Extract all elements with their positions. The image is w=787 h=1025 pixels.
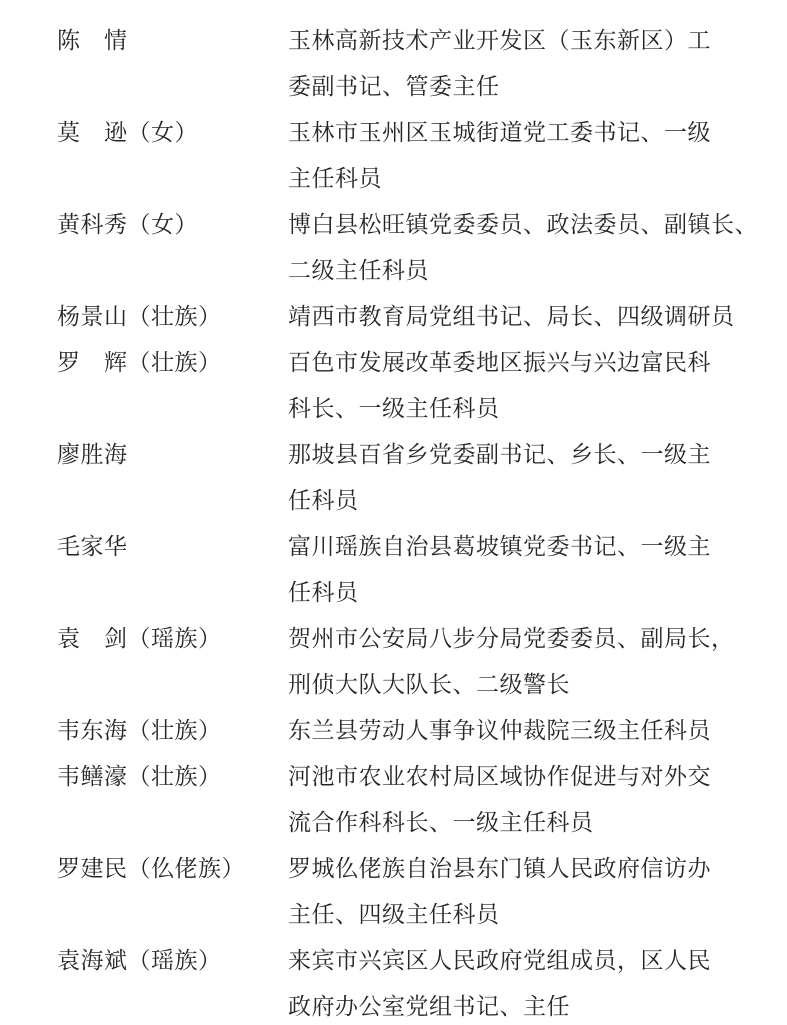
person-position: 河池市农业农村局区域协作促进与对外交流合作科科长、一级主任科员 [288,754,787,846]
list-item: 韦东海（壮族）东兰县劳动人事争议仲裁院三级主任科员 [57,708,787,754]
person-position: 贺州市公安局八步分局党委委员、副局长，刑侦大队大队长、二级警长 [288,616,787,708]
person-position: 百色市发展改革委地区振兴与兴边富民科科长、一级主任科员 [288,340,787,432]
person-position: 来宾市兴宾区人民政府党组成员，区人民政府办公室党组书记、主任 [288,938,787,1025]
position-text-line: 流合作科科长、一级主任科员 [288,800,787,846]
person-name: 罗建民（仫佬族） [57,846,288,892]
person-name: 袁 剑（瑶族） [57,616,288,662]
person-position: 罗城仫佬族自治县东门镇人民政府信访办主任、四级主任科员 [288,846,787,938]
list-item: 黄科秀（女）博白县松旺镇党委委员、政法委员、副镇长、二级主任科员 [57,202,787,294]
list-item: 罗 辉（壮族）百色市发展改革委地区振兴与兴边富民科科长、一级主任科员 [57,340,787,432]
position-text-line: 刑侦大队大队长、二级警长 [288,662,787,708]
person-position: 东兰县劳动人事争议仲裁院三级主任科员 [288,708,787,754]
position-text-line: 委副书记、管委主任 [288,64,787,110]
position-text-line: 贺州市公安局八步分局党委委员、副局长， [288,616,787,662]
list-item: 毛家华富川瑶族自治县葛坡镇党委书记、一级主任科员 [57,524,787,616]
position-text-line: 河池市农业农村局区域协作促进与对外交 [288,754,787,800]
position-text-line: 罗城仫佬族自治县东门镇人民政府信访办 [288,846,787,892]
position-text-line: 博白县松旺镇党委委员、政法委员、副镇长、 [288,202,787,248]
person-name: 罗 辉（壮族） [57,340,288,386]
person-name: 韦鳝濠（壮族） [57,754,288,800]
position-text-line: 富川瑶族自治县葛坡镇党委书记、一级主 [288,524,787,570]
appointment-list: 陈 情玉林高新技术产业开发区（玉东新区）工委副书记、管委主任莫 逊（女）玉林市玉… [57,18,787,1025]
person-name: 廖胜海 [57,432,288,478]
person-name: 黄科秀（女） [57,202,288,248]
position-text-line: 玉林市玉州区玉城街道党工委书记、一级 [288,110,787,156]
person-name: 韦东海（壮族） [57,708,288,754]
position-text-line: 东兰县劳动人事争议仲裁院三级主任科员 [288,708,787,754]
person-name: 毛家华 [57,524,288,570]
list-item: 袁 剑（瑶族）贺州市公安局八步分局党委委员、副局长，刑侦大队大队长、二级警长 [57,616,787,708]
list-item: 袁海斌（瑶族）来宾市兴宾区人民政府党组成员，区人民政府办公室党组书记、主任 [57,938,787,1025]
person-name: 莫 逊（女） [57,110,288,156]
person-name: 陈 情 [57,18,288,64]
position-text-line: 来宾市兴宾区人民政府党组成员，区人民 [288,938,787,984]
position-text-line: 科长、一级主任科员 [288,386,787,432]
person-position: 那坡县百省乡党委副书记、乡长、一级主任科员 [288,432,787,524]
position-text-line: 任科员 [288,478,787,524]
list-item: 莫 逊（女）玉林市玉州区玉城街道党工委书记、一级主任科员 [57,110,787,202]
person-position: 博白县松旺镇党委委员、政法委员、副镇长、二级主任科员 [288,202,787,294]
position-text-line: 政府办公室党组书记、主任 [288,984,787,1025]
position-text-line: 靖西市教育局党组书记、局长、四级调研员 [288,294,787,340]
person-name: 袁海斌（瑶族） [57,938,288,984]
document-page: 陈 情玉林高新技术产业开发区（玉东新区）工委副书记、管委主任莫 逊（女）玉林市玉… [0,0,787,1025]
list-item: 韦鳝濠（壮族）河池市农业农村局区域协作促进与对外交流合作科科长、一级主任科员 [57,754,787,846]
position-text-line: 主任、四级主任科员 [288,892,787,938]
list-item: 廖胜海那坡县百省乡党委副书记、乡长、一级主任科员 [57,432,787,524]
position-text-line: 那坡县百省乡党委副书记、乡长、一级主 [288,432,787,478]
person-position: 玉林高新技术产业开发区（玉东新区）工委副书记、管委主任 [288,18,787,110]
position-text-line: 主任科员 [288,156,787,202]
position-text-line: 玉林高新技术产业开发区（玉东新区）工 [288,18,787,64]
list-item: 杨景山（壮族）靖西市教育局党组书记、局长、四级调研员 [57,294,787,340]
list-item: 陈 情玉林高新技术产业开发区（玉东新区）工委副书记、管委主任 [57,18,787,110]
person-position: 玉林市玉州区玉城街道党工委书记、一级主任科员 [288,110,787,202]
person-position: 靖西市教育局党组书记、局长、四级调研员 [288,294,787,340]
list-item: 罗建民（仫佬族）罗城仫佬族自治县东门镇人民政府信访办主任、四级主任科员 [57,846,787,938]
position-text-line: 二级主任科员 [288,248,787,294]
person-position: 富川瑶族自治县葛坡镇党委书记、一级主任科员 [288,524,787,616]
person-name: 杨景山（壮族） [57,294,288,340]
position-text-line: 百色市发展改革委地区振兴与兴边富民科 [288,340,787,386]
position-text-line: 任科员 [288,570,787,616]
